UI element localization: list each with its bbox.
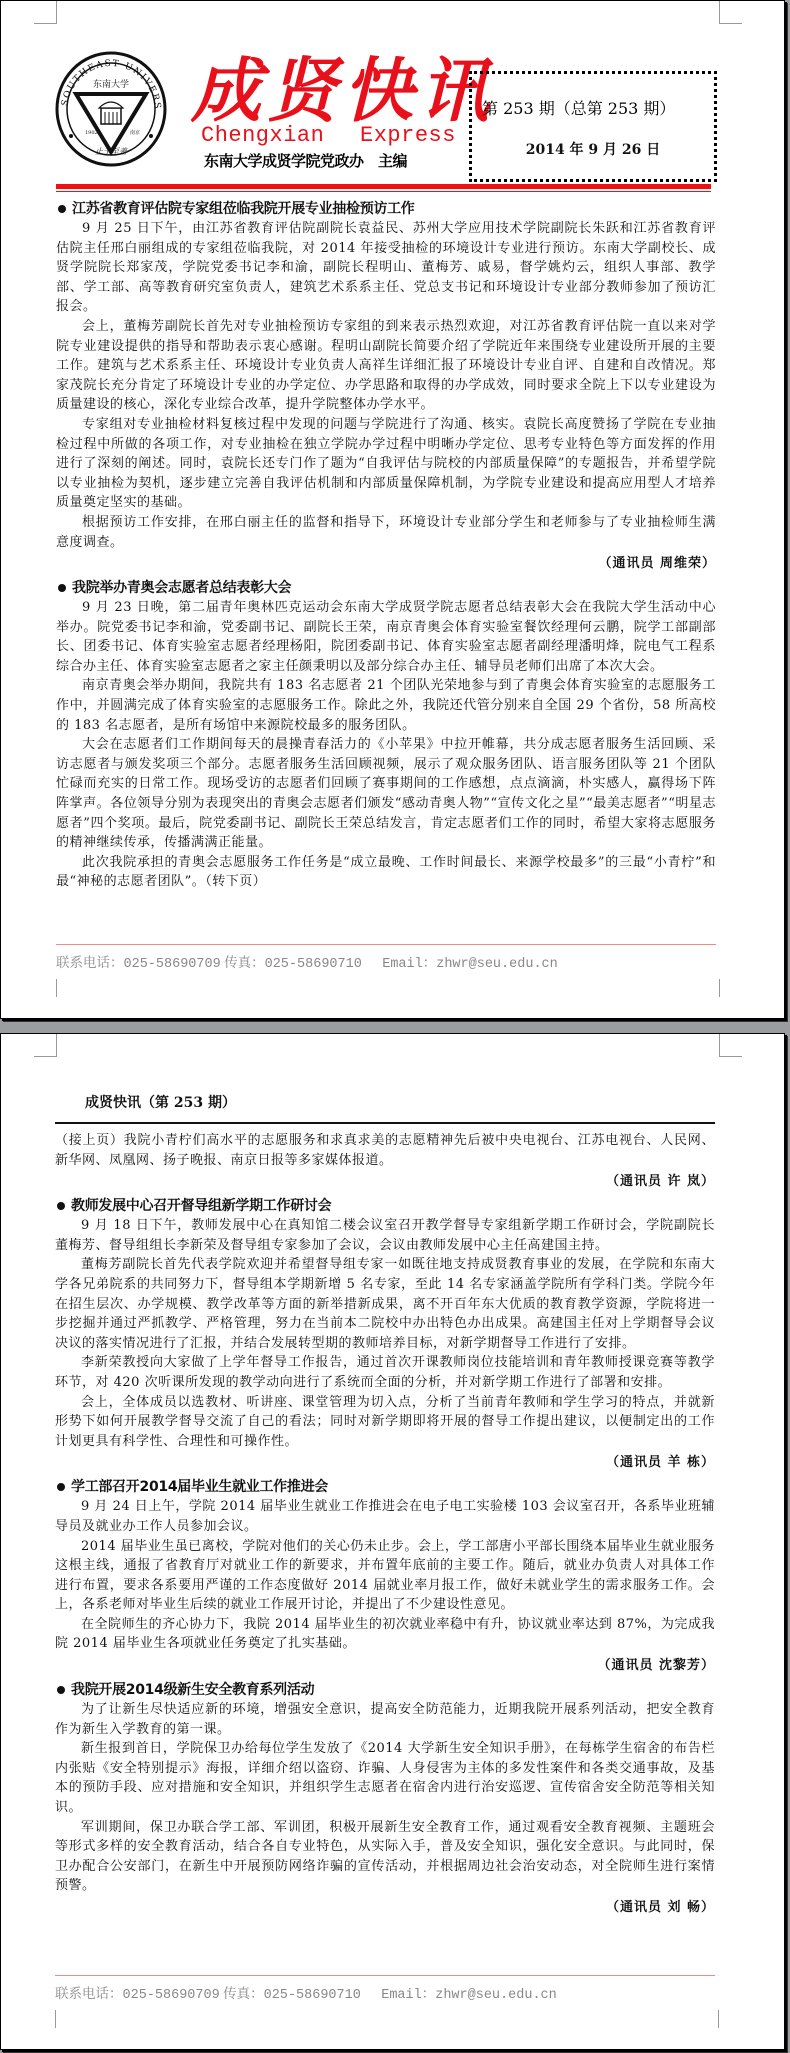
article-paragraph: 根据预访工作安排，在邢白丽主任的监督和指导下，环境设计专业部分学生和老师参与了专… <box>56 513 716 552</box>
article-paragraph: 新生报到首日，学院保卫办给每位学生发放了《2014 大学新生安全知识手册》，在每… <box>55 1739 715 1817</box>
article-title: 江苏省教育评估院专家组莅临我院开展专业抽检预访工作 <box>56 199 716 219</box>
article-paragraph: 董梅芳副院长首先代表学院欢迎并希望督导组专家一如既往地支持成贤教育事业的发展，在… <box>55 1255 715 1353</box>
article-paragraph: 为了让新生尽快适应新的环境，增强安全意识，提高安全防范能力，近期我院开展系列活动… <box>55 1700 715 1739</box>
article-paragraph: 在全院师生的齐心协力下，我院 2014 届毕业生的初次就业率稳中有升，协议就业率… <box>55 1615 715 1654</box>
article-title: 教师发展中心召开督导组新学期工作研讨会 <box>55 1196 715 1216</box>
article-paragraph: 9 月 25 日下午，由江苏省教育评估院副院长袁益民、苏州大学应用技术学院副院长… <box>56 219 716 317</box>
article-title: 我院开展2014级新生安全教育系列活动 <box>55 1680 715 1700</box>
contact-footer: 联系电话：025-58690709 传真：025-58690710 Email：… <box>55 1982 715 2003</box>
masthead-rule-thick <box>56 184 711 189</box>
crop-mark-top-left <box>34 1 57 24</box>
footer-fax: 传真：025-58690710 <box>224 951 374 972</box>
article-paragraph: 会上，全体成员以选教材、听讲座、课堂管理为切入点，分析了当前青年教师和学生学习的… <box>55 1393 715 1452</box>
svg-text:南京: 南京 <box>130 129 140 136</box>
article-paragraph: 此次我院承担的青奥会志愿服务工作任务是“成立最晚、工作时间最长、来源学校最多”的… <box>56 853 716 892</box>
footer-email: Email：zhwr@seu.edu.cn <box>382 951 558 972</box>
crop-mark-bottom-left <box>34 979 57 997</box>
svg-text:1902: 1902 <box>85 130 98 136</box>
running-header: 成贤快讯（第 253 期） <box>85 1092 236 1112</box>
contact-footer: 联系电话：025-58690709 传真：025-58690710 Email：… <box>56 951 716 972</box>
footer-phone: 联系电话：025-58690709 <box>55 1982 215 2003</box>
footer-rule <box>56 944 716 945</box>
article-paragraph: 9 月 18 日下午，教师发展中心在真知馆二楼会议室召开教学督导专家组新学期工作… <box>55 1216 715 1255</box>
article-teaching-supervision: 教师发展中心召开督导组新学期工作研讨会 9 月 18 日下午，教师发展中心在真知… <box>55 1196 715 1473</box>
crop-mark-bottom-right <box>719 979 742 997</box>
issue-info-box: 第 253 期（总第 253 期） 2014 年 9 月 26 日 <box>469 71 717 182</box>
bullet-icon <box>58 205 66 213</box>
article-title: 学工部召开2014届毕业生就业工作推进会 <box>55 1477 715 1497</box>
footer-rule <box>55 1975 715 1976</box>
article-paragraph: 9 月 23 日晚，第二届青年奥林匹克运动会东南大学成贤学院志愿者总结表彰大会在… <box>56 598 716 676</box>
article-graduate-employment: 学工部召开2014届毕业生就业工作推进会 9 月 24 日上午，学院 2014 … <box>55 1477 715 1676</box>
university-seal-logo: SOUTHEAST UNIVERSITY 东南大学 1902 南京 止于至善 <box>54 50 168 168</box>
article-paragraph: 大会在志愿者们工作期间每天的晨操青春活力的《小苹果》中拉开帷幕，共分成志愿者服务… <box>56 735 716 853</box>
crop-mark-top-left <box>34 1034 57 1057</box>
article-continued-paragraph: （接上页）我院小青柠们高水平的志愿服务和求真求美的志愿精神先后被中央电视台、江苏… <box>55 1131 715 1170</box>
article-youth-olympics-volunteers: 我院举办青奥会志愿者总结表彰大会 9 月 23 日晚，第二届青年奥林匹克运动会东… <box>56 578 716 892</box>
bullet-icon <box>57 1202 65 1210</box>
running-header-rule <box>55 1122 715 1124</box>
issue-date: 2014 年 9 月 26 日 <box>472 139 714 159</box>
footer-phone: 联系电话：025-58690709 <box>56 951 216 972</box>
masthead-rule-thin <box>56 191 711 192</box>
article-title: 我院举办青奥会志愿者总结表彰大会 <box>56 578 716 598</box>
article-paragraph: 李新荣教授向大家做了上学年督导工作报告，通过首次开课教师岗位技能培训和青年教师授… <box>55 1353 715 1392</box>
page1-body: 江苏省教育评估院专家组莅临我院开展专业抽检预访工作 9 月 25 日下午，由江苏… <box>56 199 716 892</box>
article-byline: （通讯员 周维荣） <box>56 554 716 574</box>
article-byline: （通讯员 羊 栋） <box>55 1453 715 1473</box>
newsletter-title-cn: 成贤快讯 <box>191 51 495 131</box>
footer-email: Email：zhwr@seu.edu.cn <box>381 1982 557 2003</box>
article-evaluation-previsit: 江苏省教育评估院专家组莅临我院开展专业抽检预访工作 9 月 25 日下午，由江苏… <box>56 199 716 574</box>
article-paragraph: 军训期间，保卫办联合学工部、军训团，积极开展新生安全教育工作，通过观看安全教育视… <box>55 1818 715 1896</box>
page2-body: （接上页）我院小青柠们高水平的志愿服务和求真求美的志愿精神先后被中央电视台、江苏… <box>55 1131 715 1922</box>
crop-mark-top-right <box>719 1034 742 1057</box>
crop-mark-bottom-left <box>33 2010 56 2028</box>
article-paragraph: 专家组对专业抽检材料复核过程中发现的问题与学院进行了沟通、核实。袁院长高度赞扬了… <box>56 415 716 513</box>
article-byline: （通讯员 沈黎芳） <box>55 1656 715 1676</box>
article-byline: （通讯员 刘 畅） <box>55 1898 715 1918</box>
bullet-icon <box>57 1483 65 1491</box>
article-paragraph: 南京青奥会举办期间，我院共有 183 名志愿者 21 个团队光荣地参与到了青奥会… <box>56 676 716 735</box>
footer-fax: 传真：025-58690710 <box>223 1982 373 2003</box>
issue-number: 第 253 期（总第 253 期） <box>482 96 675 119</box>
article-freshman-safety: 我院开展2014级新生安全教育系列活动 为了让新生尽快适应新的环境，增强安全意识… <box>55 1680 715 1918</box>
article-byline: （通讯员 许 岚） <box>55 1172 715 1192</box>
crop-mark-top-right <box>719 1 742 24</box>
bullet-icon <box>58 584 66 592</box>
publisher-line: 东南大学成贤学院党政办 主编 <box>204 150 407 171</box>
svg-text:止于至善: 止于至善 <box>95 147 128 156</box>
svg-text:东南大学: 东南大学 <box>93 78 129 90</box>
bullet-icon <box>57 1686 65 1694</box>
article-paragraph: 会上，董梅芳副院长首先对专业抽检预访专家组的到来表示热烈欢迎，对江苏省教育评估院… <box>56 317 716 415</box>
article-paragraph: 9 月 24 日上午，学院 2014 届毕业生就业工作推进会在电子电工实验楼 1… <box>55 1497 715 1536</box>
crop-mark-bottom-right <box>718 2010 741 2028</box>
document-page-1: SOUTHEAST UNIVERSITY 东南大学 1902 南京 止于至善 成… <box>0 0 785 1019</box>
newsletter-title-en: Chengxian Express <box>201 123 456 148</box>
article-paragraph: 2014 届毕业生虽已离校，学院对他们的关心仍未止步。会上，学工部唐小平部长围绕… <box>55 1537 715 1615</box>
